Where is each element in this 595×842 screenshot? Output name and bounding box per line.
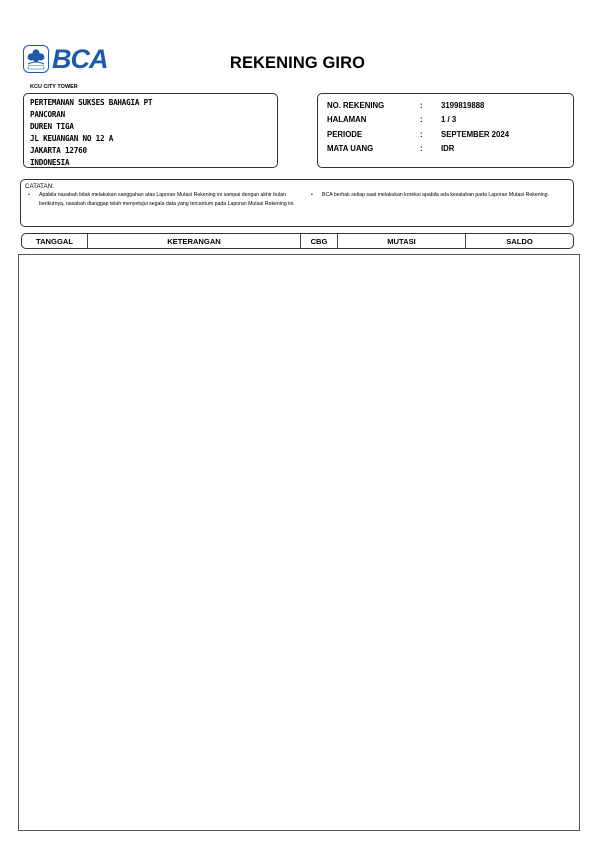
account-number-row: NO. REKENING : 3199819888 [327, 98, 573, 113]
transactions-table-body [18, 254, 580, 831]
bullet: • [28, 191, 39, 210]
customer-address-box: PERTEMANAN SUKSES BAHAGIA PT PANCORAN DU… [23, 93, 278, 168]
account-info-box: NO. REKENING : 3199819888 HALAMAN : 1 / … [317, 93, 574, 168]
note-item: • BCA berhak setiap saat melakukan korek… [308, 191, 569, 210]
period-value: SEPTEMBER 2024 [441, 130, 573, 139]
notes-box: CATATAN: • Apabila nasabah tidak melakuk… [20, 179, 574, 227]
separator: : [420, 101, 441, 110]
page-row: HALAMAN : 1 / 3 [327, 113, 573, 128]
document-title: REKENING GIRO [0, 54, 595, 73]
page-value: 1 / 3 [441, 115, 573, 124]
note-text: BCA berhak setiap saat melakukan koreksi… [322, 191, 569, 210]
currency-row: MATA UANG : IDR [327, 142, 573, 157]
note-text: Apabila nasabah tidak melakukan sanggaha… [39, 191, 308, 210]
period-row: PERIODE : SEPTEMBER 2024 [327, 127, 573, 142]
address-line: PERTEMANAN SUKSES BAHAGIA PT [30, 97, 277, 109]
column-header-balance: SALDO [466, 234, 573, 248]
notes-title: CATATAN: [25, 183, 569, 191]
address-line: INDONESIA [30, 157, 277, 169]
separator: : [420, 144, 441, 153]
branch-name: KCU CITY TOWER [30, 84, 78, 90]
column-header-description: KETERANGAN [88, 234, 301, 248]
note-item: • Apabila nasabah tidak melakukan sangga… [25, 191, 308, 210]
address-line: PANCORAN [30, 109, 277, 121]
separator: : [420, 130, 441, 139]
transactions-table-header: TANGGAL KETERANGAN CBG MUTASI SALDO [21, 233, 574, 249]
address-line: JAKARTA 12760 [30, 145, 277, 157]
account-number-value: 3199819888 [441, 101, 573, 110]
address-line: JL KEUANGAN NO 12 A [30, 133, 277, 145]
account-number-label: NO. REKENING [327, 101, 420, 110]
page-label: HALAMAN [327, 115, 420, 124]
column-header-mutation: MUTASI [338, 234, 466, 248]
currency-label: MATA UANG [327, 144, 420, 153]
column-header-branch: CBG [301, 234, 338, 248]
column-header-date: TANGGAL [22, 234, 88, 248]
address-line: DUREN TIGA [30, 121, 277, 133]
period-label: PERIODE [327, 130, 420, 139]
separator: : [420, 115, 441, 124]
currency-value: IDR [441, 144, 573, 153]
bullet: • [311, 191, 322, 210]
